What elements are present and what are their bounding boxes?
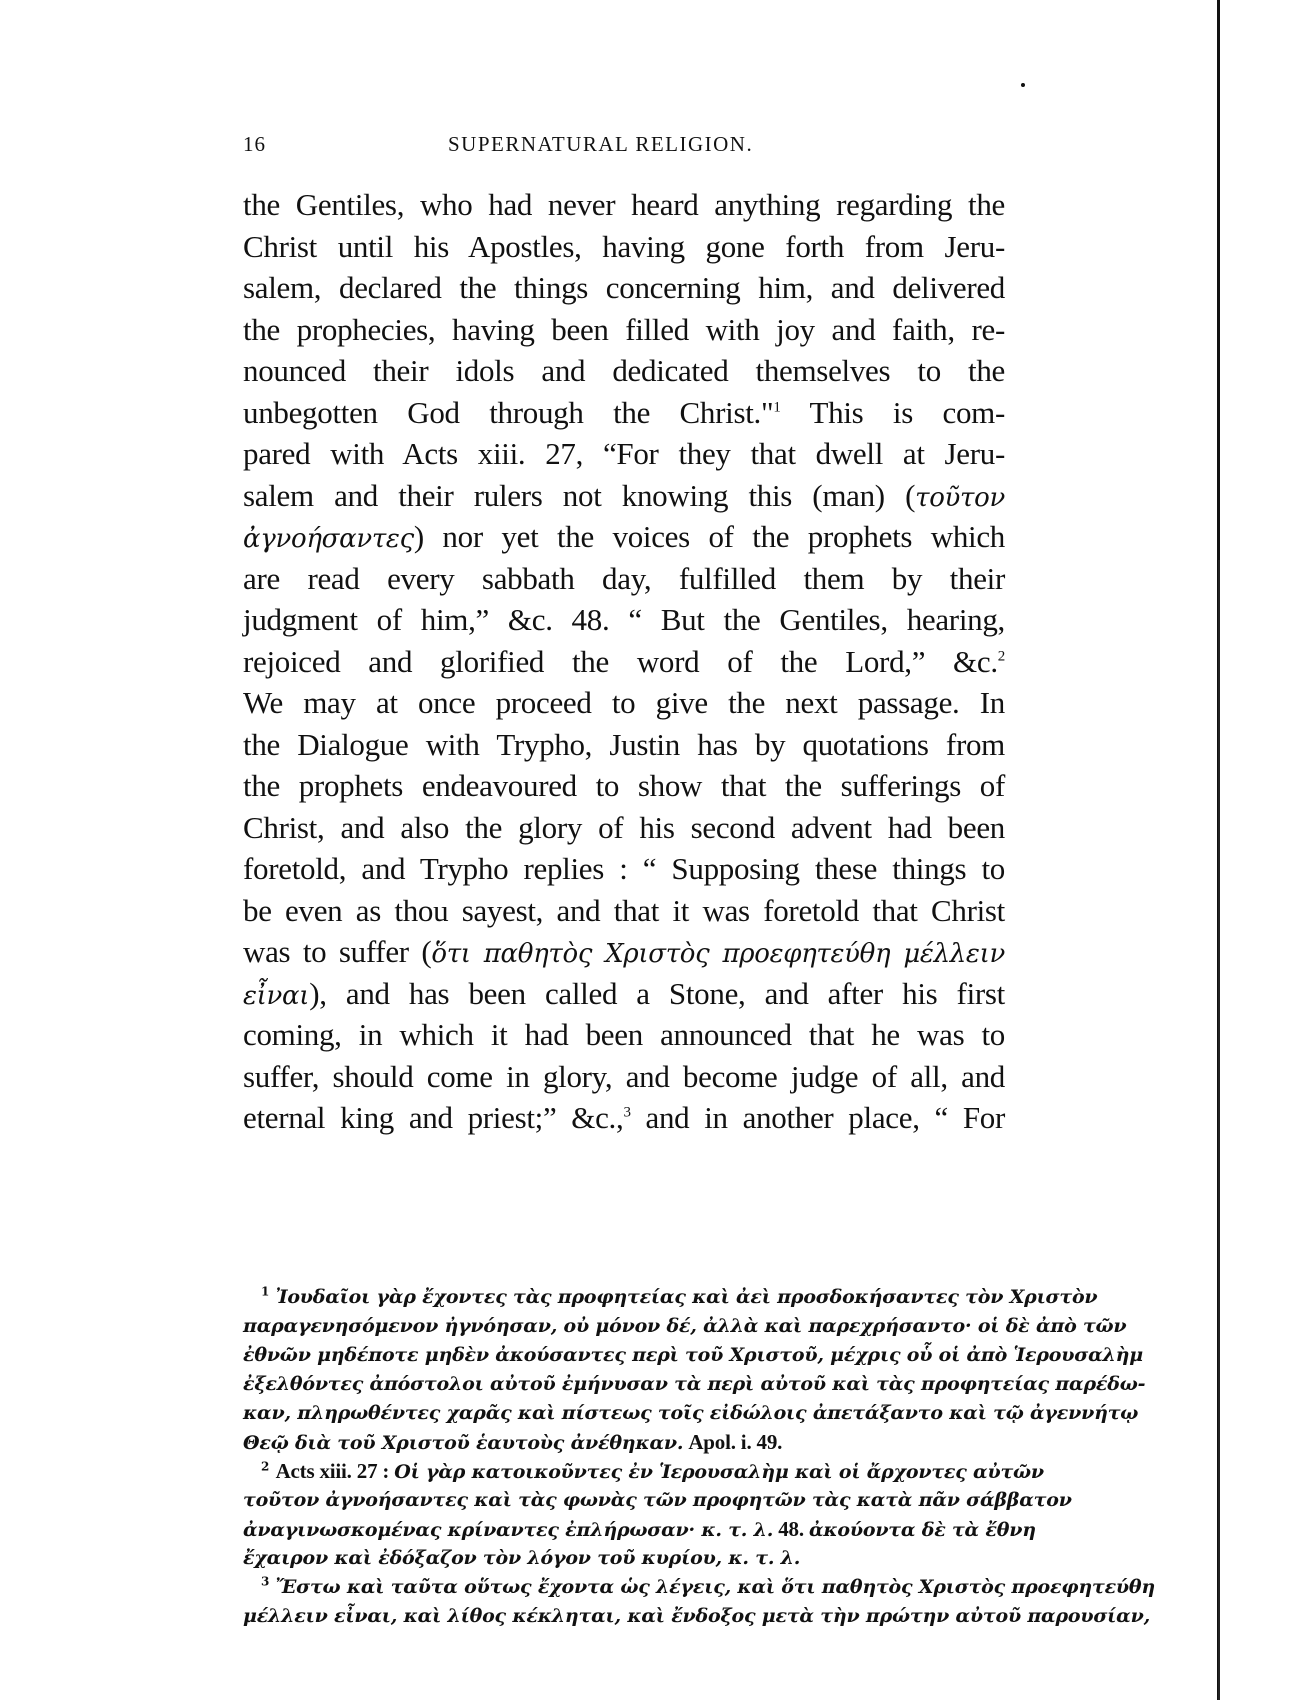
text-run: and in another place, “ For (631, 1100, 1005, 1135)
text-run: We may at once proceed to give the next … (243, 685, 1005, 720)
body-text: the Gentiles, who had never heard anythi… (243, 184, 1005, 1139)
body-line: judgment of him,” &c. 48. “ But the Gent… (243, 599, 1005, 641)
roman-text: Acts xiii. 27 : (276, 1459, 395, 1483)
body-line: foretold, and Trypho replies : “ Supposi… (243, 848, 1005, 890)
text-run: salem and their rulers not knowing this … (243, 478, 915, 513)
body-line: Christ until his Apostles, having gone f… (243, 226, 1005, 268)
text-run: nounced their idols and dedicated themse… (243, 353, 1005, 388)
greek-text: Θεῷ διὰ τοῦ Χριστοῦ ἑαυτοὺς ἀνέθηκαν. (243, 1432, 683, 1454)
greek-text: τοῦτον ἀγνοήσαντες καὶ τὰς φωνὰς τῶν προ… (243, 1489, 1072, 1511)
body-line: Christ, and also the glory of his second… (243, 807, 1005, 849)
body-line: nounced their idols and dedicated themse… (243, 350, 1005, 392)
text-run: Christ, and also the glory of his second… (243, 810, 1005, 845)
footnotes: 1 Ἰουδαῖοι γὰρ ἔχοντες τὰς προφητείας κα… (243, 1283, 1005, 1631)
greek-text: ἐθνῶν μηδέποτε μηδὲν ἀκούσαντες περὶ τοῦ… (243, 1344, 1143, 1366)
body-line: salem and their rulers not knowing this … (243, 475, 1005, 517)
footnote-mark: 1 (261, 1285, 269, 1299)
text-run: suffer, should come in glory, and become… (243, 1059, 1005, 1094)
text-run: be even as thou sayest, and that it was … (243, 893, 1005, 928)
text-run: judgment of him,” &c. 48. “ But the Gent… (243, 602, 1005, 637)
greek-text: ὅτι παθητὸς Χριστὸς προεφητεύθη μέλλειν (431, 939, 1005, 969)
footnote-line: 2 Acts xiii. 27 : Οἱ γὰρ κατοικοῦντες ἐν… (243, 1457, 1005, 1486)
roman-text: 48. (773, 1517, 809, 1541)
page-gutter-rule-lower (1218, 560, 1220, 1700)
footnote-line: ἀναγινωσκομένας κρίναντες ἐπλήρωσαν· κ. … (243, 1515, 1005, 1544)
greek-text: ἀκούοντα δὲ τὰ ἔθνη (809, 1519, 1036, 1541)
footnote-mark: 3 (261, 1575, 269, 1589)
footnote-line: Θεῷ διὰ τοῦ Χριστοῦ ἑαυτοὺς ἀνέθηκαν. Ap… (243, 1428, 1005, 1457)
footnote-line: καν, πληρωθέντες χαρᾶς καὶ πίστεως τοῖς … (243, 1399, 1005, 1428)
body-line: are read every sabbath day, fulfilled th… (243, 558, 1005, 600)
text-run: This is com- (781, 395, 1005, 430)
greek-text: μέλλειν εἶναι, καὶ λίθος κέκληται, καὶ ἔ… (243, 1605, 1150, 1627)
roman-text: Apol. i. 49. (683, 1430, 782, 1454)
text-run: coming, in which it had been announced t… (243, 1017, 1005, 1052)
body-line: the Dialogue with Trypho, Justin has by … (243, 724, 1005, 766)
greek-text: παραγενησόμενον ἠγνόησαν, οὐ μόνον δέ, ἀ… (243, 1315, 1126, 1337)
greek-text: ἔχαιρον καὶ ἐδόξαζον τὸν λόγον τοῦ κυρίο… (243, 1547, 800, 1569)
text-run: foretold, and Trypho replies : “ Supposi… (243, 851, 1005, 886)
footnote-3: 3 Ἔστω καὶ ταῦτα οὕτως ἔχοντα ὡς λέγεις,… (243, 1573, 1005, 1631)
greek-text: καν, πληρωθέντες χαρᾶς καὶ πίστεως τοῖς … (243, 1402, 1138, 1424)
body-line: unbegotten God through the Christ."1 Thi… (243, 392, 1005, 434)
text-run: Christ until his Apostles, having gone f… (243, 229, 1005, 264)
footnote-reference: 2 (998, 648, 1005, 664)
footnote-line: 1 Ἰουδαῖοι γὰρ ἔχοντες τὰς προφητείας κα… (243, 1283, 1005, 1312)
body-line: was to suffer (ὅτι παθητὸς Χριστὸς προεφ… (243, 931, 1005, 973)
greek-text: Ἔστω καὶ ταῦτα οὕτως ἔχοντα ὡς λέγεις, κ… (276, 1576, 1155, 1598)
body-line: suffer, should come in glory, and become… (243, 1056, 1005, 1098)
footnote-reference: 1 (773, 399, 780, 415)
body-line: salem, declared the things concerning hi… (243, 267, 1005, 309)
text-run: salem, declared the things concerning hi… (243, 270, 1005, 305)
running-head: 16 SUPERNATURAL RELIGION. (243, 132, 1005, 162)
body-line: ἀγνοήσαντες) nor yet the voices of the p… (243, 516, 1005, 558)
footnote-2: 2 Acts xiii. 27 : Οἱ γὰρ κατοικοῦντες ἐν… (243, 1457, 1005, 1573)
body-line: pared with Acts xiii. 27, “For they that… (243, 433, 1005, 475)
greek-text: τοῦτον (915, 483, 1005, 513)
body-line: εἶναι), and has been called a Stone, and… (243, 973, 1005, 1015)
scan-speck (1021, 83, 1025, 87)
page-number: 16 (243, 132, 266, 157)
text-run: eternal king and priest;” &c., (243, 1100, 623, 1135)
body-line: the prophecies, having been filled with … (243, 309, 1005, 351)
text-run: the prophets endeavoured to show that th… (243, 768, 1005, 803)
text-run: ), and has been called a Stone, and afte… (309, 976, 1005, 1011)
body-line: eternal king and priest;” &c.,3 and in a… (243, 1097, 1005, 1139)
text-run: unbegotten God through the Christ." (243, 395, 773, 430)
text-run: are read every sabbath day, fulfilled th… (243, 561, 1005, 596)
text-run: the Gentiles, who had never heard anythi… (243, 187, 1005, 222)
body-line: We may at once proceed to give the next … (243, 682, 1005, 724)
body-line: be even as thou sayest, and that it was … (243, 890, 1005, 932)
greek-text: εἶναι (243, 981, 309, 1011)
text-run: was to suffer ( (243, 934, 431, 969)
footnote-line: παραγενησόμενον ἠγνόησαν, οὐ μόνον δέ, ἀ… (243, 1312, 1005, 1341)
text-run: rejoiced and glorified the word of the L… (243, 644, 998, 679)
footnote-reference: 3 (623, 1105, 630, 1121)
footnote-line: ἐξελθόντες ἀπόστολοι αὐτοῦ ἐμήνυσαν τὰ π… (243, 1370, 1005, 1399)
footnote-line: τοῦτον ἀγνοήσαντες καὶ τὰς φωνὰς τῶν προ… (243, 1486, 1005, 1515)
greek-text: ἐξελθόντες ἀπόστολοι αὐτοῦ ἐμήνυσαν τὰ π… (243, 1373, 1145, 1395)
footnote-line: 3 Ἔστω καὶ ταῦτα οὕτως ἔχοντα ὡς λέγεις,… (243, 1573, 1005, 1602)
footnote-line: μέλλειν εἶναι, καὶ λίθος κέκληται, καὶ ἔ… (243, 1602, 1005, 1631)
running-title: SUPERNATURAL RELIGION. (448, 132, 753, 157)
footnote-line: ἐθνῶν μηδέποτε μηδὲν ἀκούσαντες περὶ τοῦ… (243, 1341, 1005, 1370)
body-line: the Gentiles, who had never heard anythi… (243, 184, 1005, 226)
text-run: pared with Acts xiii. 27, “For they that… (243, 436, 1005, 471)
text-run: ) nor yet the voices of the prophets whi… (414, 519, 1005, 554)
greek-text: Οἱ γὰρ κατοικοῦντες ἐν Ἱερουσαλὴμ καὶ οἱ… (394, 1461, 1044, 1483)
footnote-mark: 2 (261, 1460, 269, 1474)
greek-text: Ἰουδαῖοι γὰρ ἔχοντες τὰς προφητείας καὶ … (276, 1286, 1098, 1308)
body-line: coming, in which it had been announced t… (243, 1014, 1005, 1056)
body-line: the prophets endeavoured to show that th… (243, 765, 1005, 807)
text-run: the Dialogue with Trypho, Justin has by … (243, 727, 1005, 762)
greek-text: ἀναγινωσκομένας κρίναντες ἐπλήρωσαν· κ. … (243, 1519, 773, 1541)
text-run: the prophecies, having been filled with … (243, 312, 1005, 347)
body-line: rejoiced and glorified the word of the L… (243, 641, 1005, 683)
greek-text: ἀγνοήσαντες (243, 524, 414, 554)
footnote-1: 1 Ἰουδαῖοι γὰρ ἔχοντες τὰς προφητείας κα… (243, 1283, 1005, 1457)
footnote-line: ἔχαιρον καὶ ἐδόξαζον τὸν λόγον τοῦ κυρίο… (243, 1544, 1005, 1573)
